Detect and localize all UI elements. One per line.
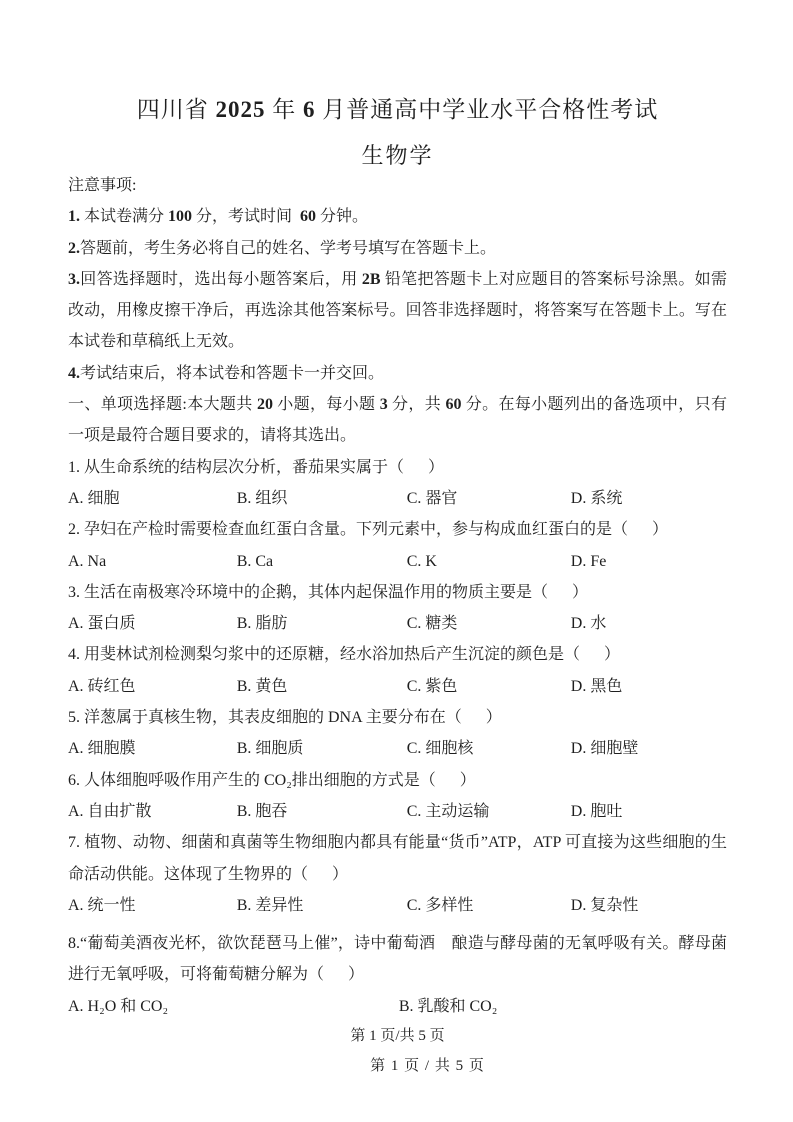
question-4: 4. 用斐林试剂检测梨匀浆中的还原糖，经水浴加热后产生沉淀的颜色是（ ） A. … <box>68 639 727 702</box>
option-a: A. 自由扩散 <box>68 796 237 827</box>
question-5: 5. 洋葱属于真核生物，其表皮细胞的 DNA 主要分布在（ ） A. 细胞膜 B… <box>68 702 727 765</box>
question-8: 8.“葡萄美酒夜光杯，欲饮琵琶马上催”，诗中葡萄酒 酿造与酵母菌的无氧呼吸有关。… <box>68 928 727 1022</box>
question-1-stem: 1. 从生命系统的结构层次分析，番茄果实属于（ ） <box>68 452 727 483</box>
option-c: C. 器官 <box>407 483 571 514</box>
question-7: 7. 植物、动物、细菌和真菌等生物细胞内都具有能量“货币”ATP，ATP 可直接… <box>68 827 727 921</box>
option-b: B. 差异性 <box>237 890 407 921</box>
question-6: 6. 人体细胞呼吸作用产生的 CO₂排出细胞的方式是（ ） A. 自由扩散 B.… <box>68 765 727 828</box>
option-a: A. H₂O 和 CO₂ <box>68 991 399 1022</box>
option-b: B. 乳酸和 CO₂ <box>399 991 727 1022</box>
option-d: D. 黑色 <box>571 671 727 702</box>
exam-subject: 生物学 <box>68 144 727 168</box>
question-5-stem: 5. 洋葱属于真核生物，其表皮细胞的 DNA 主要分布在（ ） <box>68 702 727 733</box>
option-b: B. 胞吞 <box>237 796 407 827</box>
option-c: C. 多样性 <box>407 890 571 921</box>
question-5-options: A. 细胞膜 B. 细胞质 C. 细胞核 D. 细胞壁 <box>68 733 727 764</box>
option-c: C. 细胞核 <box>407 733 571 764</box>
option-c: C. 糖类 <box>407 608 571 639</box>
question-2-stem: 2. 孕妇在产检时需要检查血红蛋白含量。下列元素中，参与构成血红蛋白的是（ ） <box>68 514 727 545</box>
option-a: A. 统一性 <box>68 890 237 921</box>
question-2: 2. 孕妇在产检时需要检查血红蛋白含量。下列元素中，参与构成血红蛋白的是（ ） … <box>68 514 727 577</box>
section-heading: 一、单项选择题:本大题共 20 小题，每小题 3 分，共 60 分。在每小题列出… <box>68 389 727 452</box>
option-b: B. Ca <box>237 546 407 577</box>
question-4-stem: 4. 用斐林试剂检测梨匀浆中的还原糖，经水浴加热后产生沉淀的颜色是（ ） <box>68 639 727 670</box>
question-8-options: A. H₂O 和 CO₂ B. 乳酸和 CO₂ <box>68 991 727 1022</box>
option-a: A. 细胞 <box>68 483 237 514</box>
exam-title: 四川省 2025 年 6 月普通高中学业水平合格性考试 <box>68 98 727 122</box>
question-6-options: A. 自由扩散 B. 胞吞 C. 主动运输 D. 胞吐 <box>68 796 727 827</box>
option-c: C. K <box>407 546 571 577</box>
option-c: C. 主动运输 <box>407 796 571 827</box>
notice-item-4: 4.考试结束后，将本试卷和答题卡一并交回。 <box>68 358 727 389</box>
notice-heading: 注意事项: <box>68 170 727 201</box>
option-d: D. 复杂性 <box>571 890 727 921</box>
option-d: D. 水 <box>571 608 727 639</box>
option-b: B. 黄色 <box>237 671 407 702</box>
question-1-options: A. 细胞 B. 组织 C. 器官 D. 系统 <box>68 483 727 514</box>
question-4-options: A. 砖红色 B. 黄色 C. 紫色 D. 黑色 <box>68 671 727 702</box>
notice-item-1: 1. 本试卷满分 100 分，考试时间 60 分钟。 <box>68 201 727 232</box>
option-a: A. 细胞膜 <box>68 733 237 764</box>
question-7-options: A. 统一性 B. 差异性 C. 多样性 D. 复杂性 <box>68 890 727 921</box>
question-3-stem: 3. 生活在南极寒冷环境中的企鹅，其体内起保温作用的物质主要是（ ） <box>68 577 727 608</box>
option-c: C. 紫色 <box>407 671 571 702</box>
page-footer-outer: 第 1 页 / 共 5 页 <box>98 1050 757 1083</box>
question-3: 3. 生活在南极寒冷环境中的企鹅，其体内起保温作用的物质主要是（ ） A. 蛋白… <box>68 577 727 640</box>
question-6-stem: 6. 人体细胞呼吸作用产生的 CO₂排出细胞的方式是（ ） <box>68 765 727 796</box>
option-a: A. 蛋白质 <box>68 608 237 639</box>
question-3-options: A. 蛋白质 B. 脂肪 C. 糖类 D. 水 <box>68 608 727 639</box>
option-b: B. 组织 <box>237 483 407 514</box>
page-content: 四川省 2025 年 6 月普通高中学业水平合格性考试 生物学 注意事项: 1.… <box>0 0 793 1083</box>
option-d: D. 胞吐 <box>571 796 727 827</box>
exam-paper-page: 四川省 2025 年 6 月普通高中学业水平合格性考试 生物学 注意事项: 1.… <box>0 0 793 1122</box>
notice-item-2: 2.答题前，考生务必将自己的姓名、学考号填写在答题卡上。 <box>68 233 727 264</box>
page-footer-inner: 第 1 页/共 5 页 <box>68 1022 727 1050</box>
question-1: 1. 从生命系统的结构层次分析，番茄果实属于（ ） A. 细胞 B. 组织 C.… <box>68 452 727 515</box>
question-8-stem: 8.“葡萄美酒夜光杯，欲饮琵琶马上催”，诗中葡萄酒 酿造与酵母菌的无氧呼吸有关。… <box>68 928 727 991</box>
option-d: D. 系统 <box>571 483 727 514</box>
option-a: A. 砖红色 <box>68 671 237 702</box>
option-d: D. 细胞壁 <box>571 733 727 764</box>
option-a: A. Na <box>68 546 237 577</box>
option-b: B. 细胞质 <box>237 733 407 764</box>
question-2-options: A. Na B. Ca C. K D. Fe <box>68 546 727 577</box>
option-b: B. 脂肪 <box>237 608 407 639</box>
option-d: D. Fe <box>571 546 727 577</box>
question-7-stem: 7. 植物、动物、细菌和真菌等生物细胞内都具有能量“货币”ATP，ATP 可直接… <box>68 827 727 890</box>
notice-item-3: 3.回答选择题时，选出每小题答案后，用 2B 铅笔把答题卡上对应题目的答案标号涂… <box>68 264 727 358</box>
